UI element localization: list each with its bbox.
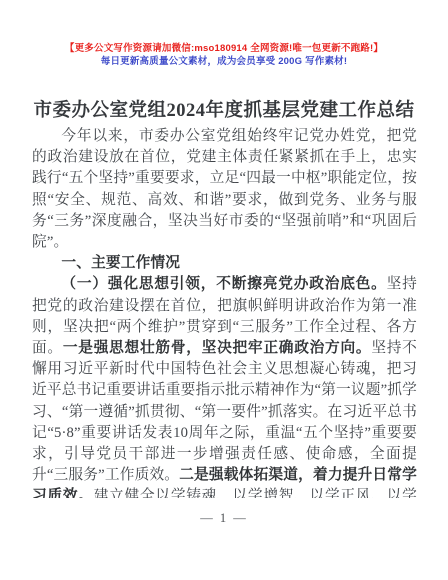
document-body: 今年以来，市委办公室党组始终牢记党办姓党，把党的政治建设放在首位，党建主体责任紧… bbox=[32, 126, 417, 498]
text-run: 今年以来，市委办公室党组始终牢记党办姓党，把党的政治建设放在首位，党建主体责任紧… bbox=[32, 128, 417, 250]
text-run: （一）强化思想引领，不断擦亮党办政治底色。 bbox=[61, 276, 386, 292]
text-run: 一是强思想壮筋骨，坚决把牢正确政治方向。 bbox=[63, 340, 371, 356]
promo-banner-line-2: 每日更新高质量公文素材，成为会员享受 200G 写作素材! bbox=[0, 53, 448, 67]
promo-banner-line-1: 【更多公文写作资源请加微信:mso180914 全网资源!唯一包更新不跑路!】 bbox=[0, 40, 448, 54]
text-run: 一、主要工作情况 bbox=[61, 255, 180, 271]
document-page: 【更多公文写作资源请加微信:mso180914 全网资源!唯一包更新不跑路!】 … bbox=[0, 0, 448, 580]
document-title: 市委办公室党组2024年度抓基层党建工作总结 bbox=[0, 96, 448, 122]
body-paragraph: 今年以来，市委办公室党组始终牢记党办姓党，把党的政治建设放在首位，党建主体责任紧… bbox=[32, 126, 417, 253]
section-heading: 一、主要工作情况 bbox=[32, 253, 417, 274]
page-number: — 1 — bbox=[0, 511, 448, 526]
body-paragraph: （一）强化思想引领，不断擦亮党办政治底色。坚持把党的政治建设摆在首位，把旗帜鲜明… bbox=[32, 274, 417, 498]
text-run: 坚持不懈用习近平新时代中国特色社会主义思想凝心铸魂，把习近平总书记重要讲话重要指… bbox=[32, 340, 417, 483]
